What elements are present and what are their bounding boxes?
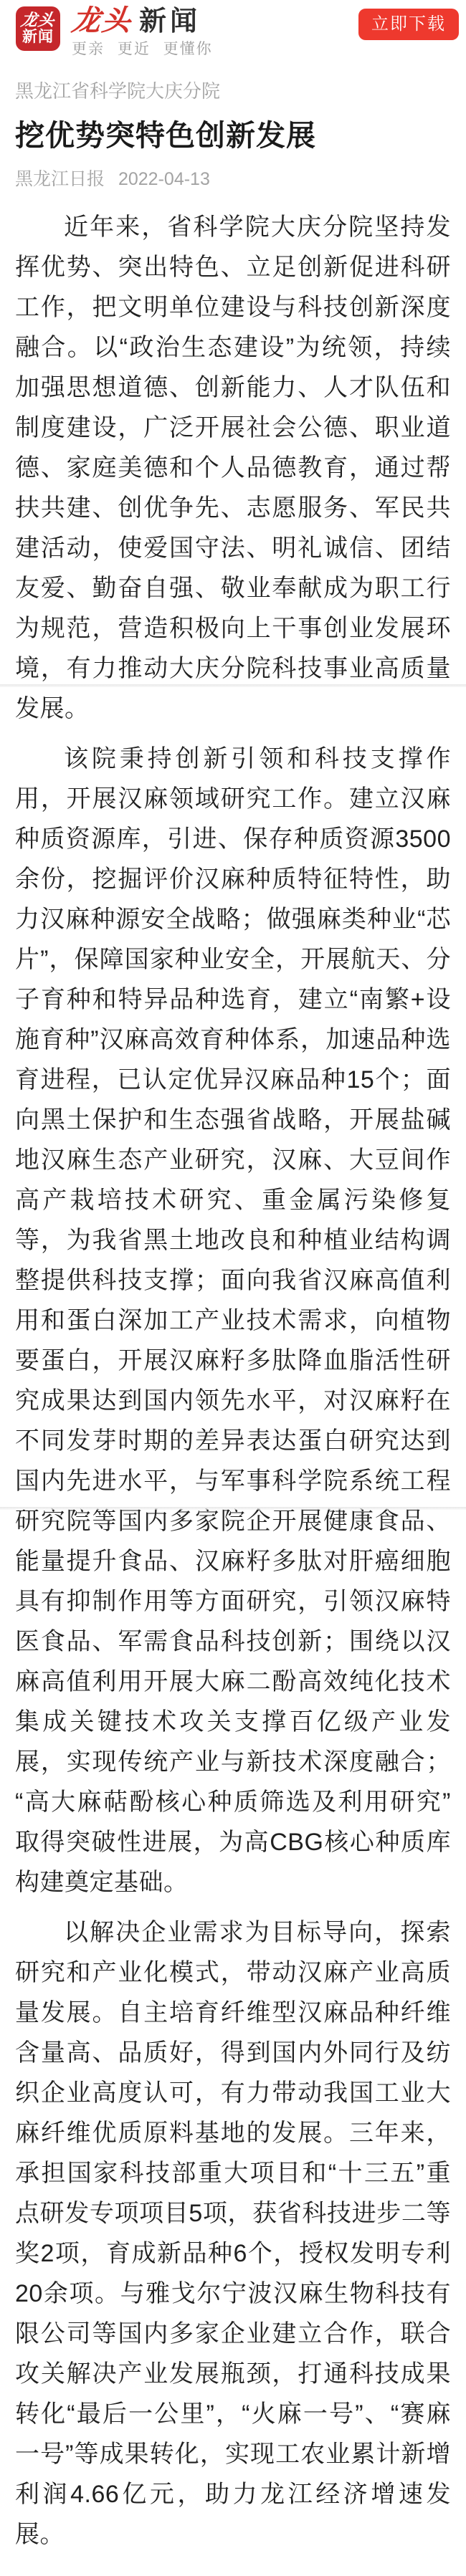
app-icon-text-bottom: 新闻 (22, 29, 54, 46)
byline: 黑龙江日报 2022-04-13 (15, 168, 451, 190)
brand-wordmark-red: 龙头 (70, 6, 133, 35)
brand-block: 龙头 新闻 更亲 更近 更懂你 (72, 6, 213, 57)
page-title: 挖优势突特色创新发展 (15, 119, 451, 153)
brand-wordmark-dark: 新闻 (139, 8, 201, 35)
article-kicker: 黑龙江省科学院大庆分院 (15, 80, 451, 102)
download-button[interactable]: 立即下载 (358, 9, 459, 40)
brand-wordmark: 龙头 新闻 (72, 6, 213, 35)
source-name: 黑龙江日报 (15, 169, 105, 189)
app-logo-group: 龙头 新闻 龙头 新闻 更亲 更近 更懂你 (16, 6, 213, 57)
app-download-banner: 龙头 新闻 龙头 新闻 更亲 更近 更懂你 立即下载 (0, 0, 466, 61)
body-paragraph-3: 以解决企业需求为目标导向，探索研究和产业化模式，带动汉麻产业高质量发展。自主培育… (15, 1912, 451, 2555)
article-body: 黑龙江省科学院大庆分院 挖优势突特色创新发展 黑龙江日报 2022-04-13 … (0, 80, 466, 2576)
app-icon: 龙头 新闻 (16, 6, 60, 51)
body-paragraph-2: 该院秉持创新引领和科技支撑作用，开展汉麻领域研究工作。建立汉麻种质资源库，引进、… (15, 739, 451, 1902)
app-icon-text-top: 龙头 (19, 11, 56, 29)
brand-tagline: 更亲 更近 更懂你 (72, 42, 213, 57)
body-paragraph-1: 近年来，省科学院大庆分院坚持发挥优势、突出特色、立足创新促进科研工作，把文明单位… (15, 207, 451, 729)
publish-date: 2022-04-13 (118, 169, 210, 189)
